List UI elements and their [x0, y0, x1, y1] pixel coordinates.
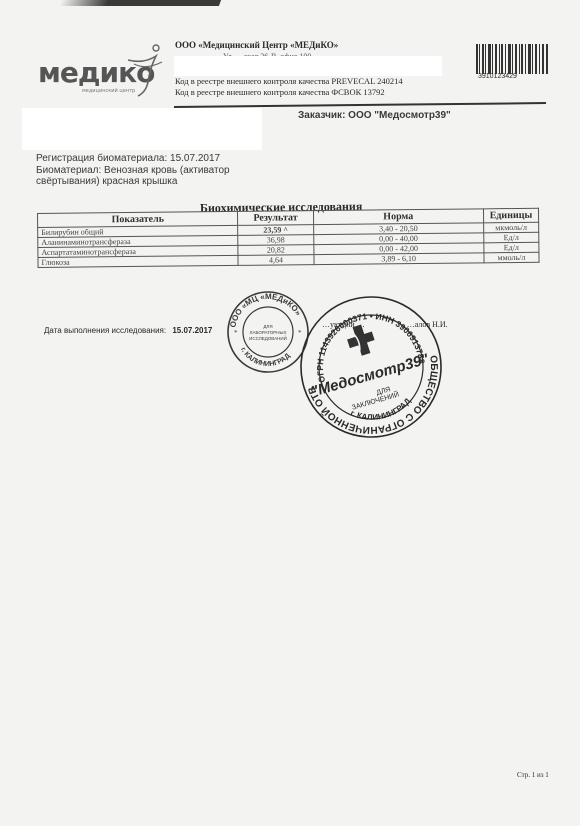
customer: Заказчик: ООО "Медосмотр39" — [298, 110, 451, 121]
scan-shadow — [59, 0, 221, 6]
registry-line-prevecal: Код в реестре внешнего контроля качества… — [175, 76, 403, 87]
parameter-name: Глюкоза — [38, 255, 238, 267]
organization-name: ООО «Медицинский Центр «МЕДиКО» — [175, 40, 403, 51]
svg-text:ИССЛЕДОВАНИЙ: ИССЛЕДОВАНИЙ — [249, 334, 287, 341]
redaction-box — [174, 56, 442, 76]
result-value: 4,64 — [238, 255, 313, 266]
unit: Ед/л — [484, 242, 539, 253]
svg-text:ДЛЯ: ДЛЯ — [263, 324, 272, 329]
unit: ммоль/л — [484, 252, 539, 263]
barcode-number: 3910123429 — [478, 73, 517, 80]
completion-date-value: 15.07.2017 — [172, 326, 212, 335]
company-stamp: ОБЩЕСТВО С ОГРАНИЧЕННОЙ ОТВЕТСТВЕННОСТЬЮ… — [296, 292, 446, 442]
column-header-result: Результат — [238, 211, 313, 226]
results-table: Показатель Результат Норма Единицы Билир… — [37, 208, 540, 268]
completion-date: Дата выполнения исследования: 15.07.2017 — [44, 326, 212, 335]
column-header-units: Единицы — [483, 208, 538, 223]
barcode — [475, 44, 550, 74]
completion-date-label: Дата выполнения исследования: — [44, 326, 166, 335]
svg-text:*: * — [234, 329, 238, 337]
biomaterial-line-2: свёртывания) красная крышка — [36, 176, 230, 188]
biomaterial-line-1: Биоматериал: Венозная кровь (активатор — [36, 165, 230, 177]
unit: Ед/л — [484, 232, 539, 243]
svg-text:ООО «МЦ «МЕДиКО»: ООО «МЦ «МЕДиКО» — [228, 292, 303, 328]
mediko-logo: медико медицинский центр — [38, 50, 168, 100]
patient-info: Регистрация биоматериала: 15.07.2017 Био… — [36, 153, 230, 188]
dancing-figure-icon — [126, 42, 166, 98]
patient-redaction-box — [22, 108, 262, 150]
registry-line-fsvok: Код в реестре внешнего контроля качества… — [175, 87, 403, 98]
page-number: Стр. 1 из 1 — [517, 771, 549, 779]
header-divider — [174, 102, 546, 107]
registration-date: Регистрация биоматериала: 15.07.2017 — [36, 153, 230, 165]
unit: мкмоль/л — [483, 222, 538, 233]
reference-range: 3,89 - 6,10 — [313, 253, 483, 265]
svg-text:"Медосмотр39": "Медосмотр39" — [309, 351, 431, 401]
svg-text:ЛАБОРАТОРНЫХ: ЛАБОРАТОРНЫХ — [250, 330, 287, 335]
